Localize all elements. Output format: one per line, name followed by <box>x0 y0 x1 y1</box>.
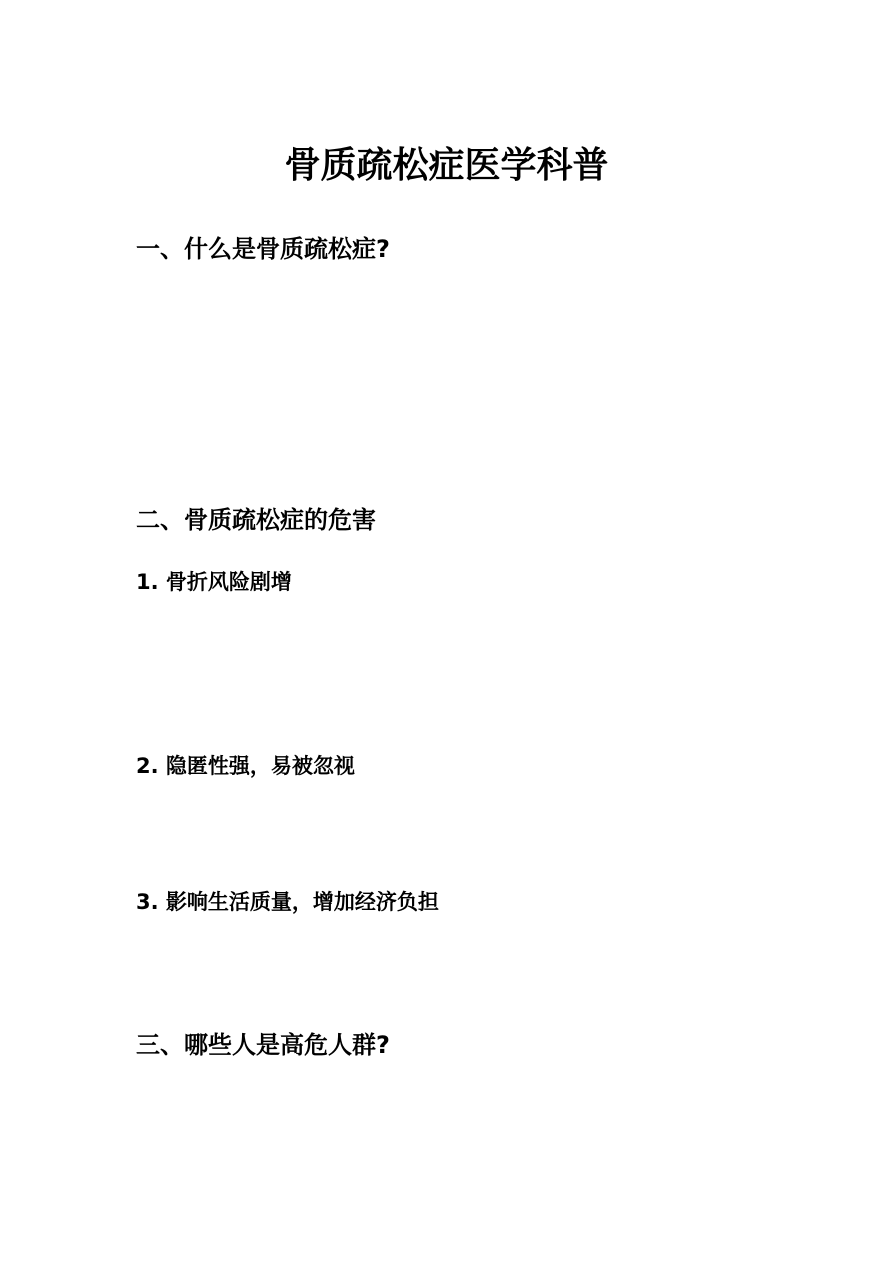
subsection-heading-fracture-risk: 1. 骨折风险剧增 <box>136 567 292 597</box>
subsection-heading-hidden-nature: 2. 隐匿性强，易被忽视 <box>136 751 355 781</box>
section-body-blank <box>136 1070 757 1250</box>
subsection-body-blank <box>136 920 757 1020</box>
section-heading-harms: 二、骨质疏松症的危害 <box>136 503 376 537</box>
section-body-blank <box>136 275 757 495</box>
subsection-body-blank <box>136 785 757 885</box>
subsection-body-blank <box>136 600 757 745</box>
subsection-heading-quality-of-life: 3. 影响生活质量，增加经济负担 <box>136 887 439 917</box>
document-page: 骨质疏松症医学科普 一、什么是骨质疏松症? 二、骨质疏松症的危害 1. 骨折风险… <box>0 0 893 1263</box>
section-heading-high-risk-groups: 三、哪些人是高危人群? <box>136 1028 390 1062</box>
section-heading-what-is-osteoporosis: 一、什么是骨质疏松症? <box>136 232 390 266</box>
document-title: 骨质疏松症医学科普 <box>0 140 893 192</box>
